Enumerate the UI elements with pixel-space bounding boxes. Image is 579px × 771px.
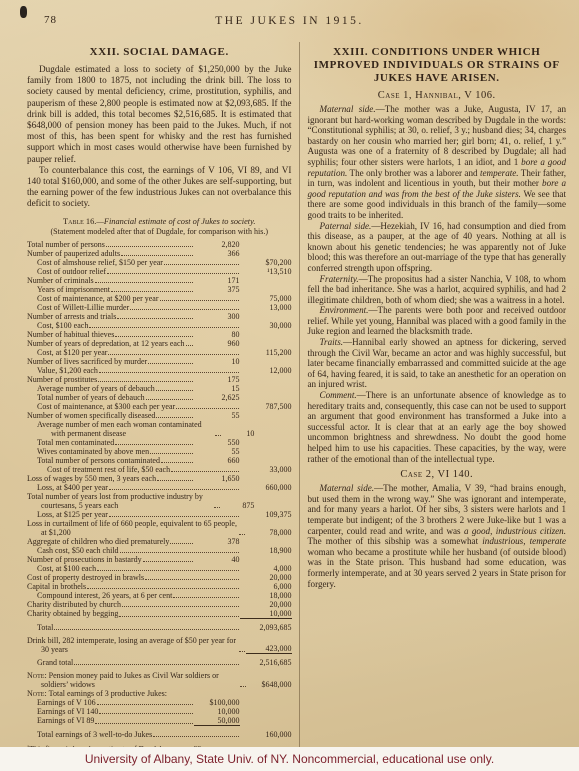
row-dollar-value: 13,000: [240, 303, 292, 312]
dot-leader: [95, 723, 192, 724]
row-label: Note: Pension money paid to Jukes as Civ…: [27, 671, 239, 689]
row-label: Total number of years of debauch: [37, 393, 145, 402]
dot-leader: [156, 417, 192, 418]
dot-leader: [106, 246, 193, 247]
section-heading-xxii: XXII. SOCIAL DAMAGE.: [27, 46, 292, 59]
left-column: XXII. SOCIAL DAMAGE. Dugdale estimated a…: [27, 42, 300, 747]
row-label: Cash cost, $50 each child: [37, 546, 119, 555]
row-label: Total: [37, 623, 53, 632]
row-count-value: 80: [194, 330, 240, 339]
watermark-text: University of Albany, State Univ. of NY.…: [85, 752, 494, 766]
dot-leader: [145, 579, 238, 580]
dot-leader: [186, 345, 193, 346]
dot-leader: [171, 471, 238, 472]
table-row: Earnings of VI 14010,000: [27, 707, 292, 716]
row-label: Loss of wages by 550 men, 3 years each: [27, 474, 156, 483]
row-label: Cost, at $120 per year: [37, 348, 107, 357]
case-paragraph: Environment.—The parents were both poor …: [308, 305, 567, 337]
row-label: Loss, at $400 per year: [37, 483, 108, 492]
dot-leader: [115, 336, 192, 337]
row-label: Earnings of V 106: [37, 698, 96, 707]
table-row: Total number of years of debauch2,625: [27, 393, 292, 402]
table-row: Total number of persons contaminated660: [27, 456, 292, 465]
row-label: Number of years of depredation, at 12 ye…: [27, 339, 185, 348]
row-count-value: 175: [194, 375, 240, 384]
row-dollar-value: 20,000: [240, 573, 292, 582]
row-dollar-value: $70,200: [240, 258, 292, 267]
row-label: Total earnings of 3 well-to-do Jukes: [37, 730, 152, 739]
table-row: Number of prostitutes175: [27, 375, 292, 384]
row-dollar-value: 4,000: [240, 564, 292, 573]
row-label: Number of prostitutes: [27, 375, 97, 384]
row-count-value: 660: [194, 456, 240, 465]
row-count-value: 2,820: [194, 240, 240, 249]
table-row: Number of habitual thieves80: [27, 330, 292, 339]
table-row: Loss, at $125 per year109,375: [27, 510, 292, 519]
row-dollar-value: 109,375: [240, 510, 292, 519]
row-dollar-value: 423,000: [246, 644, 292, 654]
paragraph: To counterbalance this cost, the earning…: [27, 165, 292, 210]
table-row: Total number of years lost from producti…: [27, 492, 292, 510]
dot-leader: [121, 255, 192, 256]
row-dollar-value: 660,000: [240, 483, 292, 492]
row-count-value: 366: [194, 249, 240, 258]
table-row: Years of imprisonment375: [27, 285, 292, 294]
row-count-value: 50,000: [194, 716, 240, 726]
dot-leader: [97, 704, 193, 705]
table-row: Cost of Willett-Lillie murder13,000: [27, 303, 292, 312]
paragraph-lead: Paternal side.: [320, 221, 372, 231]
table-row: Cost, at $100 each4,000: [27, 564, 292, 573]
row-label: Cost of outdoor relief: [37, 267, 106, 276]
dot-leader: [97, 570, 238, 571]
case-paragraph: Comment.—There is an unfortunate absence…: [308, 390, 567, 464]
row-label: Number of women specifically diseased: [27, 411, 155, 420]
section-heading-xxiii: XXIII. CONDITIONS UNDER WHICH IMPROVED I…: [308, 46, 567, 85]
table-row: Total earnings of 3 well-to-do Jukes160,…: [27, 730, 292, 739]
dot-leader: [161, 462, 193, 463]
dot-leader: [239, 651, 245, 652]
row-label: Number of pauperized adults: [27, 249, 120, 258]
table-row: Capital in brothels6,000: [27, 582, 292, 591]
row-label: Loss, at $125 per year: [37, 510, 108, 519]
row-label: Earnings of VI 89: [37, 716, 94, 726]
table-row: Value, $1,200 each12,000: [27, 366, 292, 375]
table-row: Cost, at $120 per year115,200: [27, 348, 292, 357]
table-row: Aggregate of children who died premature…: [27, 537, 292, 546]
paragraph-lead: Comment.: [320, 390, 357, 400]
paragraph-lead: Maternal side.: [320, 483, 375, 493]
dot-leader: [150, 453, 192, 454]
row-label: Total men contaminated: [37, 438, 114, 447]
row-dollar-value: $648,000: [247, 680, 291, 689]
row-label: Grand total: [37, 658, 73, 667]
row-label: Cost of treatment rest of life, $50 each: [47, 465, 170, 474]
row-label: Drink bill, 282 intemperate, losing an a…: [27, 636, 238, 654]
row-label: Average number of years of debauch: [37, 384, 155, 393]
row-label: Cost, at $100 each: [37, 564, 96, 573]
table-row: Cash cost, $50 each child18,900: [27, 546, 292, 555]
case-paragraph: Maternal side.—The mother, Amalia, V 39,…: [308, 483, 567, 589]
row-dollar-value: 12,000: [240, 366, 292, 375]
dot-leader: [239, 534, 245, 535]
row-dollar-value: 160,000: [240, 730, 292, 739]
scanned-book-page: 78 THE JUKES IN 1915. XXII. SOCIAL DAMAG…: [0, 0, 579, 747]
dot-leader: [170, 543, 192, 544]
row-label: Years of imprisonment: [37, 285, 110, 294]
row-dollar-value: 75,000: [240, 294, 292, 303]
table-row: Number of prosecutions in bastardy40: [27, 555, 292, 564]
row-dollar-value: ¹13,510: [240, 267, 292, 276]
table-row: Cost, $100 each30,000: [27, 321, 292, 330]
row-label: Number of arrests and trials: [27, 312, 116, 321]
row-count-value: 15: [194, 384, 240, 393]
dot-leader: [176, 408, 238, 409]
row-count-value: 55: [194, 447, 240, 456]
table-row: Number of arrests and trials300: [27, 312, 292, 321]
row-label: Number of habitual thieves: [27, 330, 114, 339]
table-row: Number of criminals171: [27, 276, 292, 285]
dot-leader: [107, 273, 238, 274]
row-label: Note: Total earnings of 3 productive Juk…: [27, 689, 167, 698]
table-row: Number of lives sacrificed by murder10: [27, 357, 292, 366]
table-row: Loss in curtailment of life of 660 peopl…: [27, 519, 292, 537]
table-row: Cost of maintenance, at $300 each per ye…: [27, 402, 292, 411]
row-dollar-value: 18,000: [240, 591, 292, 600]
table-row: Cost of outdoor relief¹13,510: [27, 267, 292, 276]
row-label: Total number of years lost from producti…: [27, 492, 213, 510]
case-paragraph: Paternal side.—Hezekiah, IV 16, had cons…: [308, 221, 567, 274]
dot-leader: [87, 588, 238, 589]
row-count-value: 10,000: [194, 707, 240, 716]
dot-leader: [130, 309, 238, 310]
table-subtitle: (Statement modeled after that of Dugdale…: [27, 227, 292, 236]
cost-table-rows: Total number of persons2,820Number of pa…: [27, 240, 292, 739]
table-row: Charity obtained by begging10,000: [27, 609, 292, 619]
table-row: Drink bill, 282 intemperate, losing an a…: [27, 636, 292, 654]
table-row: Total2,093,685: [27, 623, 292, 632]
row-label: Number of prosecutions in bastardy: [27, 555, 142, 564]
library-watermark-bar: University of Albany, State Univ. of NY.…: [0, 747, 579, 771]
dot-leader: [156, 390, 193, 391]
row-label: Cost, $100 each: [37, 321, 88, 330]
dot-leader: [109, 516, 239, 517]
row-count-value: 55: [194, 411, 240, 420]
paragraph-lead: Fraternity.: [320, 274, 359, 284]
dot-leader: [74, 664, 238, 665]
row-count-value: 1,650: [194, 474, 240, 483]
row-dollar-value: 20,000: [240, 600, 292, 609]
row-dollar-value: 30,000: [240, 321, 292, 330]
dot-leader: [143, 561, 193, 562]
dot-leader: [148, 363, 192, 364]
table-row: Cost of property destroyed in brawls20,0…: [27, 573, 292, 582]
table-row: Number of pauperized adults366: [27, 249, 292, 258]
dot-leader: [160, 300, 239, 301]
dot-leader: [108, 354, 238, 355]
table-row: Wives contaminated by above men55: [27, 447, 292, 456]
row-dollar-value: 33,000: [240, 465, 292, 474]
row-label: Cost of property destroyed in brawls: [27, 573, 144, 582]
row-label: Number of lives sacrificed by murder: [27, 357, 147, 366]
table-row: Grand total2,516,685: [27, 658, 292, 667]
dot-leader: [173, 597, 238, 598]
table-row: Total men contaminated550: [27, 438, 292, 447]
row-label: Earnings of VI 140: [37, 707, 98, 716]
row-label: Total number of persons contaminated: [37, 456, 160, 465]
table-row: Number of women specifically diseased55: [27, 411, 292, 420]
row-count-value: 375: [194, 285, 240, 294]
dot-leader: [99, 372, 239, 373]
dot-leader: [120, 552, 239, 553]
dot-leader: [89, 327, 238, 328]
case-paragraph: Fraternity.—The propositus had a sister …: [308, 274, 567, 306]
dot-leader: [98, 381, 192, 382]
table-row: Earnings of VI 8950,000: [27, 716, 292, 726]
table-row: Number of years of depredation, at 12 ye…: [27, 339, 292, 348]
table-row: Cost of almshouse relief, $150 per year$…: [27, 258, 292, 267]
row-label: Charity distributed by church: [27, 600, 121, 609]
table-title-text: —Financial estimate of cost of Jukes to …: [96, 217, 255, 226]
dot-leader: [119, 616, 238, 617]
row-count-value: 171: [194, 276, 240, 285]
case-paragraph: Maternal side.—The mother was a Juke, Au…: [308, 104, 567, 221]
row-count-value: 378: [194, 537, 240, 546]
table-number: Table 16.: [63, 217, 96, 226]
table-row: Total number of persons2,820: [27, 240, 292, 249]
row-dollar-value: 10,000: [240, 609, 292, 619]
row-dollar-value: 78,000: [246, 528, 291, 537]
row-label: Number of criminals: [27, 276, 94, 285]
dot-leader: [214, 507, 220, 508]
table-row: Charity distributed by church20,000: [27, 600, 292, 609]
row-count-value: 40: [194, 555, 240, 564]
row-label: Cost of maintenance, at $300 each per ye…: [37, 402, 175, 411]
table-row: Compound interest, 26 years, at 6 per ce…: [27, 591, 292, 600]
table-row: Loss of wages by 550 men, 3 years each1,…: [27, 474, 292, 483]
page-header: 78 THE JUKES IN 1915.: [0, 0, 579, 40]
dot-leader: [117, 318, 192, 319]
row-count-value: 960: [194, 339, 240, 348]
dot-leader: [157, 480, 192, 481]
row-count-value: 550: [194, 438, 240, 447]
paragraph: Dugdale estimated a loss to society of $…: [27, 64, 292, 165]
dot-leader: [215, 435, 221, 436]
table-row: Cost of maintenance, at $200 per year75,…: [27, 294, 292, 303]
case-heading: Case 1, Hannibal, V 106.: [308, 90, 567, 101]
dot-leader: [146, 399, 193, 400]
table-row: Average number of men each woman contami…: [27, 420, 292, 438]
case-heading: Case 2, VI 140.: [308, 469, 567, 480]
table-row: Loss, at $400 per year660,000: [27, 483, 292, 492]
dot-leader: [122, 606, 239, 607]
row-count-value: 300: [194, 312, 240, 321]
row-label: Average number of men each woman contami…: [37, 420, 214, 438]
row-dollar-value: 18,900: [240, 546, 292, 555]
table-title: Table 16.—Financial estimate of cost of …: [27, 217, 292, 226]
row-dollar-value: 6,000: [240, 582, 292, 591]
row-label: Wives contaminated by above men: [37, 447, 149, 456]
row-label: Total number of persons: [27, 240, 105, 249]
row-dollar-value: 115,200: [240, 348, 292, 357]
right-column: XXIII. CONDITIONS UNDER WHICH IMPROVED I…: [300, 42, 567, 747]
row-label: Cost of Willett-Lillie murder: [37, 303, 129, 312]
paragraph-lead: Environment.: [320, 305, 369, 315]
row-label: Loss in curtailment of life of 660 peopl…: [27, 519, 238, 537]
row-label: Cost of almshouse relief, $150 per year: [37, 258, 163, 267]
case-sections: Case 1, Hannibal, V 106.Maternal side.—T…: [308, 90, 567, 589]
row-dollar-value: 2,093,685: [240, 623, 292, 632]
row-dollar-value: 2,516,685: [240, 658, 292, 667]
row-count-value: 875: [221, 501, 254, 510]
row-count-value: 10: [222, 429, 255, 438]
dot-leader: [99, 713, 192, 714]
table-row: Earnings of V 106$100,000: [27, 698, 292, 707]
row-count-value: $100,000: [194, 698, 240, 707]
row-count-value: 2,625: [194, 393, 240, 402]
table-row: Note: Total earnings of 3 productive Juk…: [27, 689, 292, 698]
dot-leader: [109, 489, 239, 490]
row-dollar-value: 787,500: [240, 402, 292, 411]
two-column-body: XXII. SOCIAL DAMAGE. Dugdale estimated a…: [0, 40, 579, 747]
dot-leader: [153, 736, 238, 737]
paragraph-lead: Traits.: [320, 337, 344, 347]
dot-leader: [164, 264, 239, 265]
dot-leader: [54, 629, 238, 630]
dot-leader: [240, 686, 246, 687]
row-label: Value, $1,200 each: [37, 366, 98, 375]
running-title: THE JUKES IN 1915.: [0, 15, 579, 27]
row-label: Aggregate of children who died premature…: [27, 537, 169, 546]
row-label: Cost of maintenance, at $200 per year: [37, 294, 159, 303]
row-label: Charity obtained by begging: [27, 609, 118, 619]
dot-leader: [95, 282, 193, 283]
paragraph-lead: Maternal side.: [320, 104, 376, 114]
dot-leader: [115, 444, 192, 445]
table-row: Cost of treatment rest of life, $50 each…: [27, 465, 292, 474]
case-paragraph: Traits.—Hannibal early showed an aptness…: [308, 337, 567, 390]
table-row: Note: Pension money paid to Jukes as Civ…: [27, 671, 292, 689]
row-label: Capital in brothels: [27, 582, 86, 591]
dot-leader: [111, 291, 193, 292]
table-row: Average number of years of debauch15: [27, 384, 292, 393]
row-count-value: 10: [194, 357, 240, 366]
row-label: Compound interest, 26 years, at 6 per ce…: [37, 591, 172, 600]
